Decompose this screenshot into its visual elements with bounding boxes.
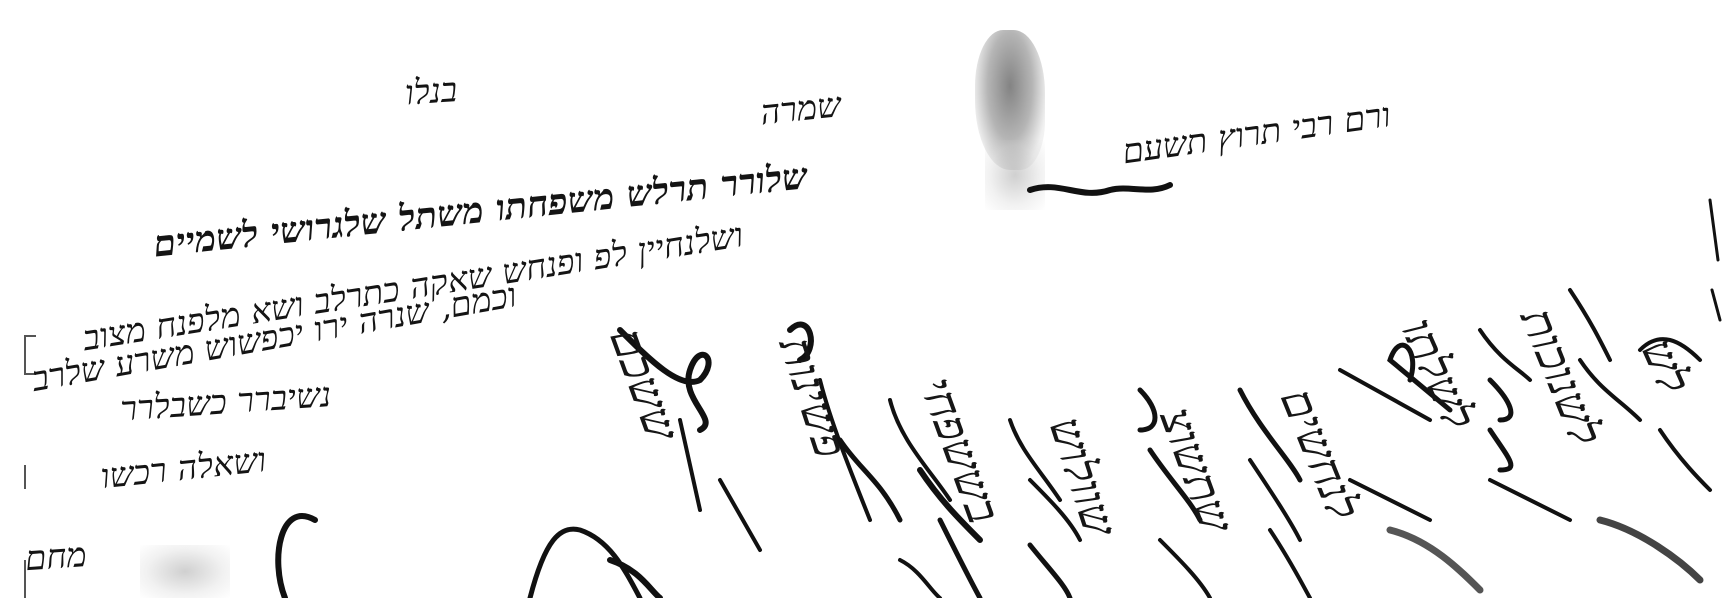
document-page: בנלו שמרה ורם רבי תרוץ תשעם שלורר תרלש מ… bbox=[0, 0, 1724, 598]
handwriting-strokes bbox=[0, 0, 1724, 598]
